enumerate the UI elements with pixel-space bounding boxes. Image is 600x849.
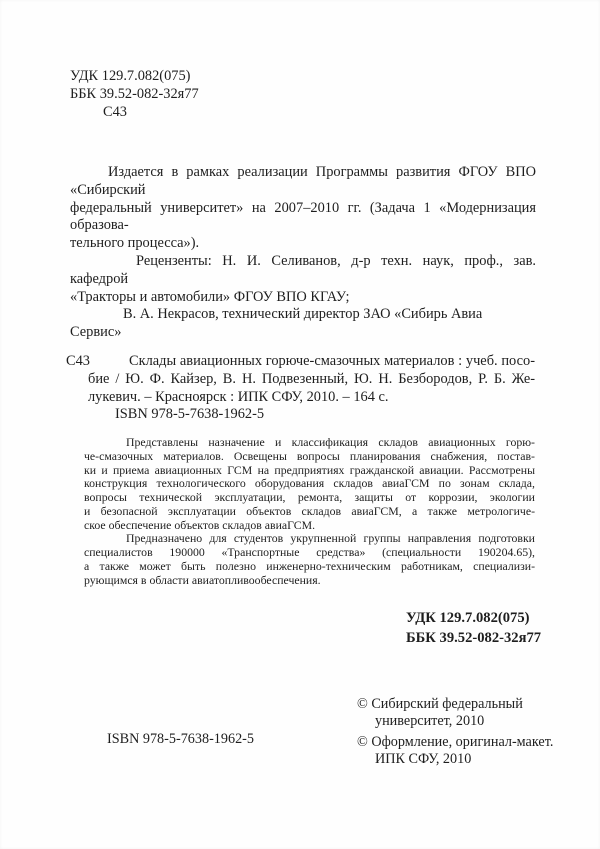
udc-code: УДК 129.7.082(075) (70, 68, 290, 86)
abstract-line: а также может быть полезно инженерно-тех… (84, 560, 535, 574)
program-note-line: Издается в рамках реализации Программы р… (70, 164, 536, 200)
catalog-line: лукевич. – Красноярск : ИПК СФУ, 2010. –… (88, 389, 535, 407)
catalog-isbn: ISBN 978-5-7638-1962-5 (88, 406, 535, 424)
author-sign: С43 (70, 104, 290, 122)
footer-isbn: ISBN 978-5-7638-1962-5 (107, 731, 254, 748)
program-note-line: тельного процесса»). (70, 235, 536, 253)
catalog-entry: Склады авиационных горюче-смазочных мате… (88, 353, 535, 424)
bbk-code: ББК 39.52-082-32я77 (70, 86, 290, 104)
reviewers-line: Рецензенты: Н. И. Селиванов, д-р техн. н… (70, 253, 536, 289)
reviewers-line: «Тракторы и автомобили» ФГОУ ВПО КГАУ; (70, 289, 536, 307)
catalog-line: Склады авиационных горюче-смазочных мате… (88, 353, 535, 371)
udc-code-bottom: УДК 129.7.082(075) (406, 609, 541, 629)
abstract-line: конструкция технологического оборудовани… (84, 477, 535, 491)
abstract-line: специалистов 190000 «Транспортные средст… (84, 546, 535, 560)
bbk-code-bottom: ББК 39.52-082-32я77 (406, 629, 541, 649)
catalog-author-sign: С43 (66, 353, 90, 371)
copyright-line: ИПК СФУ, 2010 (357, 751, 567, 768)
classification-bottom-block: УДК 129.7.082(075) ББК 39.52-082-32я77 (406, 609, 541, 648)
abstract-block: Представлены назначение и классификация … (84, 436, 535, 587)
abstract-line: ки и приема авиационных ГСМ на предприят… (84, 464, 535, 478)
abstract-line: Предназначено для студентов укрупненной … (84, 532, 535, 546)
abstract-line: рующимся в области авиатопливообеспечени… (84, 574, 535, 588)
classification-top-block: УДК 129.7.082(075) ББК 39.52-082-32я77 С… (70, 68, 290, 121)
copyright-line: университет, 2010 (357, 713, 567, 730)
copyright-line: © Сибирский федеральный (357, 696, 567, 713)
copyright-block: © Сибирский федеральный университет, 201… (357, 696, 567, 769)
copyright-entry: © Сибирский федеральный университет, 201… (357, 696, 567, 731)
abstract-line: ское обеспечение объектов складов авиаГС… (84, 519, 535, 533)
copyright-line: © Оформление, оригинал-макет. (357, 734, 567, 751)
catalog-line: бие / Ю. Ф. Кайзер, В. Н. Подвезенный, Ю… (88, 371, 535, 389)
abstract-line: че-смазочных материалов. Освещены вопрос… (84, 450, 535, 464)
abstract-line: и безопасной эксплуатации объектов склад… (84, 505, 535, 519)
program-note: Издается в рамках реализации Программы р… (70, 164, 536, 253)
reviewers-block: Рецензенты: Н. И. Селиванов, д-р техн. н… (70, 253, 536, 342)
copyright-entry: © Оформление, оригинал-макет. ИПК СФУ, 2… (357, 734, 567, 769)
imprint-page: УДК 129.7.082(075) ББК 39.52-082-32я77 С… (0, 0, 600, 849)
reviewers-line: В. А. Некрасов, технический директор ЗАО… (70, 306, 536, 342)
abstract-line: вопросы технической эксплуатации, ремонт… (84, 491, 535, 505)
abstract-line: Представлены назначение и классификация … (84, 436, 535, 450)
program-note-line: федеральный университет» на 2007–2010 гг… (70, 200, 536, 236)
